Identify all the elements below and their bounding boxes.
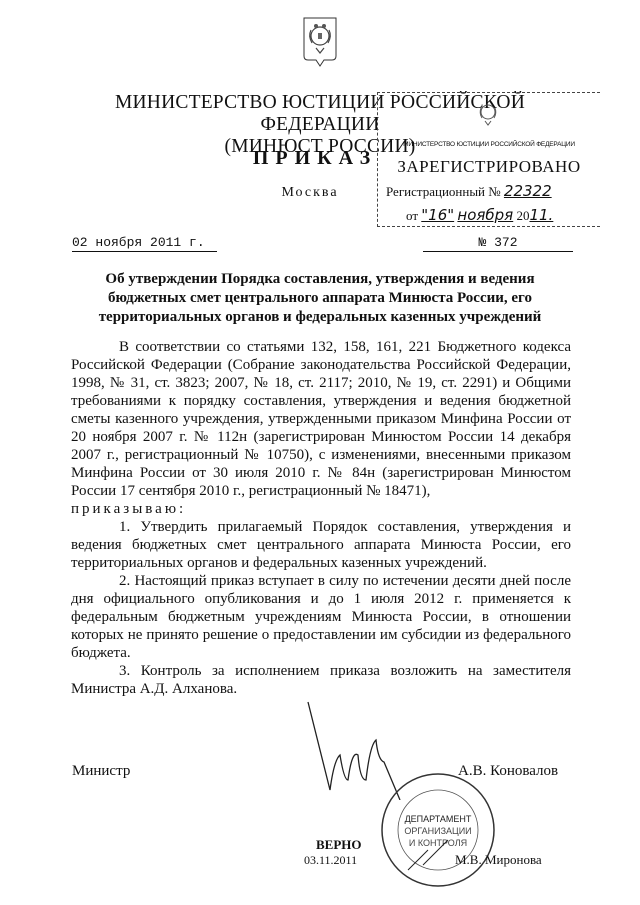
date-day: "16" xyxy=(421,206,454,224)
certification-label: ВЕРНО xyxy=(316,837,362,853)
svg-text:ДЕПАРТАМЕНТ: ДЕПАРТАМЕНТ xyxy=(405,814,472,824)
registration-stamp: МИНИСТЕРСТВО ЮСТИЦИИ РОССИЙСКОЙ ФЕДЕРАЦИ… xyxy=(377,92,600,227)
document-body: В соответствии со статьями 132, 158, 161… xyxy=(71,338,571,698)
date-prefix: от xyxy=(406,208,418,223)
item-3: 3. Контроль за исполнением приказа возло… xyxy=(71,662,571,698)
document-type: ПРИКАЗ xyxy=(250,147,380,170)
order-date: 02 ноября 2011 г. xyxy=(72,235,217,252)
certification-date: 03.11.2011 xyxy=(304,853,357,868)
date-month: ноября xyxy=(457,206,513,224)
russian-coat-of-arms-icon xyxy=(476,99,500,127)
preamble: В соответствии со статьями 132, 158, 161… xyxy=(71,338,571,500)
order-number: № 372 xyxy=(423,235,573,252)
reg-number: 22322 xyxy=(504,182,552,200)
reg-label: Регистрационный № xyxy=(386,184,501,199)
certifier-name: М.В. Миронова xyxy=(455,852,542,868)
svg-text:И КОНТРОЛЯ: И КОНТРОЛЯ xyxy=(409,838,467,848)
stamp-ministry: МИНИСТЕРСТВО ЮСТИЦИИ РОССИЙСКОЙ ФЕДЕРАЦИ… xyxy=(378,141,600,148)
signer-position: Министр xyxy=(72,763,130,780)
order-word: приказываю: xyxy=(71,500,571,518)
item-1: 1. Утвердить прилагаемый Порядок составл… xyxy=(71,518,571,572)
city: Москва xyxy=(250,185,370,201)
document-title: Об утверждении Порядка составления, утве… xyxy=(90,270,550,327)
stamp-date: от "16" ноября 2011. xyxy=(406,206,553,224)
item-2: 2. Настоящий приказ вступает в силу по и… xyxy=(71,572,571,662)
svg-text:ОРГАНИЗАЦИИ: ОРГАНИЗАЦИИ xyxy=(404,826,471,836)
date-year-prefix: 20 xyxy=(516,208,529,223)
stamp-title: ЗАРЕГИСТРИРОВАНО xyxy=(378,157,600,177)
date-year-suffix: 11. xyxy=(529,206,553,224)
round-seal-stamp-icon: ДЕПАРТАМЕНТ ОРГАНИЗАЦИИ И КОНТРОЛЯ xyxy=(378,770,498,890)
russian-coat-of-arms-icon xyxy=(302,16,338,68)
stamp-registration-number: Регистрационный № 22322 xyxy=(386,182,552,200)
